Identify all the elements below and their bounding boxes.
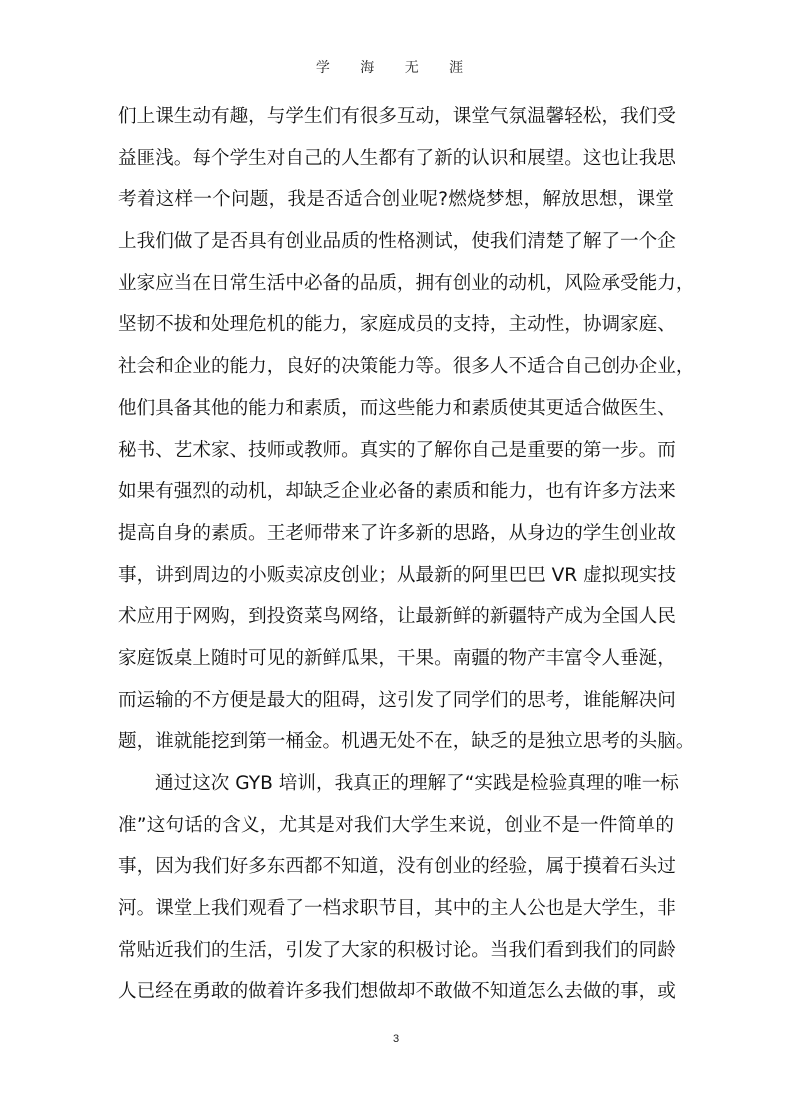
page-number: 3 — [0, 1033, 792, 1045]
text-line: 们上课生动有趣，与学生们有很多互动，课堂气氛温馨轻松，我们受 — [118, 101, 674, 143]
text-line: 事，讲到周边的小贩卖凉皮创业；从最新的阿里巴巴 VR 虚拟现实技 — [118, 560, 674, 602]
text-line: 人已经在勇敢的做着许多我们想做却不敢做不知道怎么去做的事，或 — [118, 976, 674, 1018]
text-line: 秘书、艺术家、技师或教师。真实的了解你自己是重要的第一步。而 — [118, 435, 674, 477]
text-line: 他们具备其他的能力和素质，而这些能力和素质使其更适合做医生、 — [118, 393, 674, 435]
text-line: 上我们做了是否具有创业品质的性格测试，使我们清楚了解了一个企 — [118, 226, 674, 268]
text-line: 提高自身的素质。王老师带来了许多新的思路，从身边的学生创业故 — [118, 518, 674, 560]
page-header-title: 学 海 无 涯 — [0, 57, 792, 77]
text-line: 家庭饭桌上随时可见的新鲜瓜果，干果。南疆的物产丰富令人垂涎， — [118, 643, 674, 685]
text-line: 准”这句话的含义，尤其是对我们大学生来说，创业不是一件简单的 — [118, 810, 674, 852]
text-line: 考着这样一个问题，我是否适合创业呢?燃烧梦想，解放思想，课堂 — [118, 184, 674, 226]
text-line: 坚韧不拔和处理危机的能力，家庭成员的支持，主动性，协调家庭、 — [118, 309, 674, 351]
text-line: 事，因为我们好多东西都不知道，没有创业的经验，属于摸着石头过 — [118, 851, 674, 893]
text-line: 益匪浅。每个学生对自己的人生都有了新的认识和展望。这也让我思 — [118, 143, 674, 185]
text-line: 术应用于网购，到投资菜鸟网络，让最新鲜的新疆特产成为全国人民 — [118, 601, 674, 643]
text-line: 河。课堂上我们观看了一档求职节目，其中的主人公也是大学生，非 — [118, 893, 674, 935]
text-line: 题，谁就能挖到第一桶金。机遇无处不在，缺乏的是独立思考的头脑。 — [118, 726, 674, 768]
text-line: 业家应当在日常生活中必备的品质，拥有创业的动机，风险承受能力， — [118, 268, 674, 310]
text-line: 而运输的不方便是最大的阻碍，这引发了同学们的思考，谁能解决问 — [118, 685, 674, 727]
document-body: 们上课生动有趣，与学生们有很多互动，课堂气氛温馨轻松，我们受 益匪浅。每个学生对… — [118, 101, 674, 1018]
text-line: 常贴近我们的生活，引发了大家的积极讨论。当我们看到我们的同龄 — [118, 935, 674, 977]
text-line: 如果有强烈的动机，却缺乏企业必备的素质和能力，也有许多方法来 — [118, 476, 674, 518]
text-line: 社会和企业的能力，良好的决策能力等。很多人不适合自己创办企业， — [118, 351, 674, 393]
paragraph-start-line: 通过这次 GYB 培训，我真正的理解了“实践是检验真理的唯一标 — [118, 768, 674, 810]
